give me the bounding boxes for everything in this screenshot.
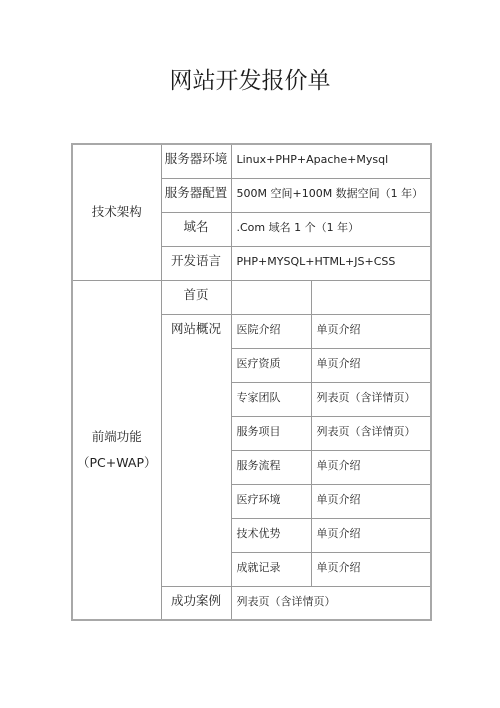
tech-architecture-group-label: 技术架构 (72, 144, 161, 280)
overview-page-type: 列表页（含详情页） (311, 382, 431, 416)
overview-page-type: 单页介绍 (311, 314, 431, 348)
overview-page-type: 列表页（含详情页） (311, 416, 431, 450)
overview-page-name: 医疗环境 (231, 484, 311, 518)
overview-label: 网站概况 (161, 314, 231, 586)
dev-language-label: 开发语言 (161, 246, 231, 280)
frontend-group-title: 前端功能 (73, 424, 161, 450)
overview-page-type: 单页介绍 (311, 348, 431, 382)
frontend-group-platforms: （PC+WAP） (73, 450, 161, 476)
server-config-label: 服务器配置 (161, 178, 231, 212)
overview-page-name: 服务流程 (231, 450, 311, 484)
cases-value: 列表页（含详情页） (231, 586, 431, 620)
document-title: 网站开发报价单 (0, 62, 500, 95)
overview-page-name: 成就记录 (231, 552, 311, 586)
overview-page-type: 单页介绍 (311, 518, 431, 552)
overview-page-name: 技术优势 (231, 518, 311, 552)
home-page-cell (231, 280, 311, 314)
overview-page-type: 单页介绍 (311, 484, 431, 518)
home-label: 首页 (161, 280, 231, 314)
overview-page-name: 专家团队 (231, 382, 311, 416)
dev-language-value: PHP+MYSQL+HTML+JS+CSS (231, 246, 431, 280)
table-row: 前端功能 （PC+WAP） 首页 (72, 280, 431, 314)
frontend-group-label: 前端功能 （PC+WAP） (72, 280, 161, 620)
domain-value: .Com 域名 1 个（1 年） (231, 212, 431, 246)
cases-label: 成功案例 (161, 586, 231, 620)
overview-page-name: 医院介绍 (231, 314, 311, 348)
home-type-cell (311, 280, 431, 314)
overview-page-name: 服务项目 (231, 416, 311, 450)
server-config-value: 500M 空间+100M 数据空间（1 年） (231, 178, 431, 212)
table-row: 技术架构 服务器环境 Linux+PHP+Apache+Mysql (72, 144, 431, 178)
server-environment-value: Linux+PHP+Apache+Mysql (231, 144, 431, 178)
domain-label: 域名 (161, 212, 231, 246)
overview-page-type: 单页介绍 (311, 450, 431, 484)
overview-page-name: 医疗资质 (231, 348, 311, 382)
overview-page-type: 单页介绍 (311, 552, 431, 586)
server-environment-label: 服务器环境 (161, 144, 231, 178)
quote-table: 技术架构 服务器环境 Linux+PHP+Apache+Mysql 服务器配置 … (71, 143, 432, 621)
